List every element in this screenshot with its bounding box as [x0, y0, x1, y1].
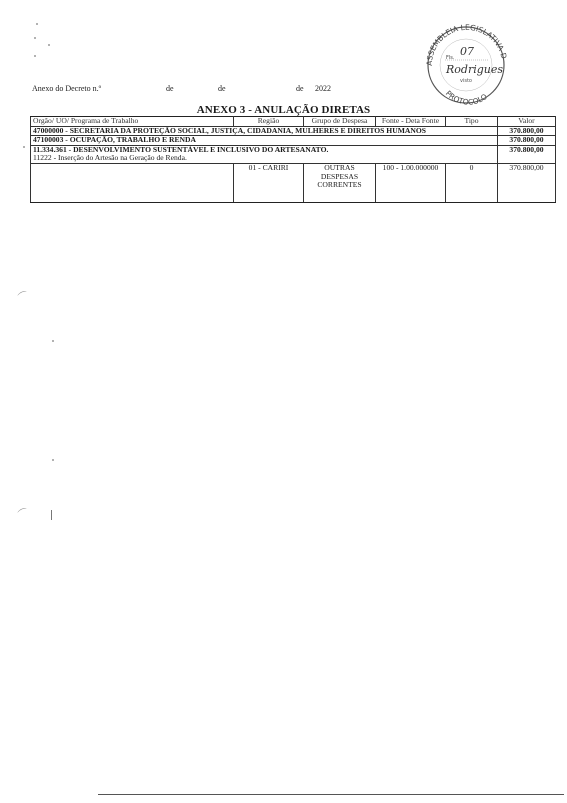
year: 2022 [315, 84, 331, 93]
decree-label: Anexo do Decreto n.º [32, 84, 101, 93]
table-row-organ: 47000000 - SECRETARIA DA PROTEÇÃO SOCIAL… [31, 126, 556, 136]
stamp-seal-icon: ASSEMBLEIA LEGISLATIVA DO CEARÁ PROTOCOL… [410, 18, 520, 106]
annulment-table: Orgão/ UO/ Programa de Trabalho Região G… [30, 116, 556, 203]
row-description: 11222 - Inserção do Artesão na Geração d… [31, 154, 498, 163]
table-row-unit: 47100003 - OCUPAÇÃO, TRABALHO E RENDA 37… [31, 136, 556, 146]
row-value: 370.800,00 [498, 145, 556, 163]
col-header-program: Orgão/ UO/ Programa de Trabalho [31, 117, 234, 127]
table-row-action: 11222 - Inserção do Artesão na Geração d… [31, 154, 556, 163]
scan-mark: ⌒ [15, 287, 30, 305]
row-value: 370.800,00 [498, 136, 556, 146]
annex-title: ANEXO 3 - ANULAÇÃO DIRETAS [0, 104, 567, 116]
date-of-3: de [296, 84, 304, 93]
col-header-value: Valor [498, 117, 556, 127]
date-of-2: de [218, 84, 226, 93]
date-of-1: de [166, 84, 174, 93]
detail-expense-group: OUTRAS DESPESAS CORRENTES [304, 163, 376, 202]
scan-mark: ⌒ [15, 504, 30, 522]
col-header-type: Tipo [446, 117, 498, 127]
detail-region: 01 - CARIRI [234, 163, 304, 202]
detail-blank [31, 163, 234, 202]
scan-speck [34, 37, 36, 39]
svg-text:ASSEMBLEIA LEGISLATIVA DO CEAR: ASSEMBLEIA LEGISLATIVA DO CEARÁ [410, 18, 509, 66]
row-description: 47100003 - OCUPAÇÃO, TRABALHO E RENDA [31, 136, 498, 146]
row-description: 47000000 - SECRETARIA DA PROTEÇÃO SOCIAL… [31, 126, 498, 136]
table-header-row: Orgão/ UO/ Programa de Trabalho Região G… [31, 117, 556, 127]
bottom-rule [98, 794, 564, 795]
detail-source: 100 - 1.00.000000 [376, 163, 446, 202]
scan-speck [52, 459, 54, 461]
row-value: 370.800,00 [498, 126, 556, 136]
scan-speck [52, 340, 54, 342]
scan-speck [36, 23, 38, 25]
svg-text:Rodrigues: Rodrigues [445, 63, 503, 76]
protocol-stamp: ASSEMBLEIA LEGISLATIVA DO CEARÁ PROTOCOL… [410, 18, 520, 106]
table-row-program: 11.334.361 - DESENVOLVIMENTO SUSTENTÁVEL… [31, 145, 556, 154]
svg-text:07: 07 [460, 45, 474, 58]
col-header-source: Fonte - Deta Fonte [376, 117, 446, 127]
col-header-expense-group: Grupo de Despesa [304, 117, 376, 127]
col-header-region: Região [234, 117, 304, 127]
scan-speck [48, 44, 50, 46]
scan-mark [51, 510, 52, 520]
scan-speck [34, 55, 36, 57]
row-description: 11.334.361 - DESENVOLVIMENTO SUSTENTÁVEL… [31, 145, 498, 154]
detail-type: 0 [446, 163, 498, 202]
table-row-detail: 01 - CARIRI OUTRAS DESPESAS CORRENTES 10… [31, 163, 556, 202]
detail-value: 370.800,00 [498, 163, 556, 202]
scan-speck [23, 146, 25, 148]
svg-text:visto: visto [460, 78, 472, 84]
